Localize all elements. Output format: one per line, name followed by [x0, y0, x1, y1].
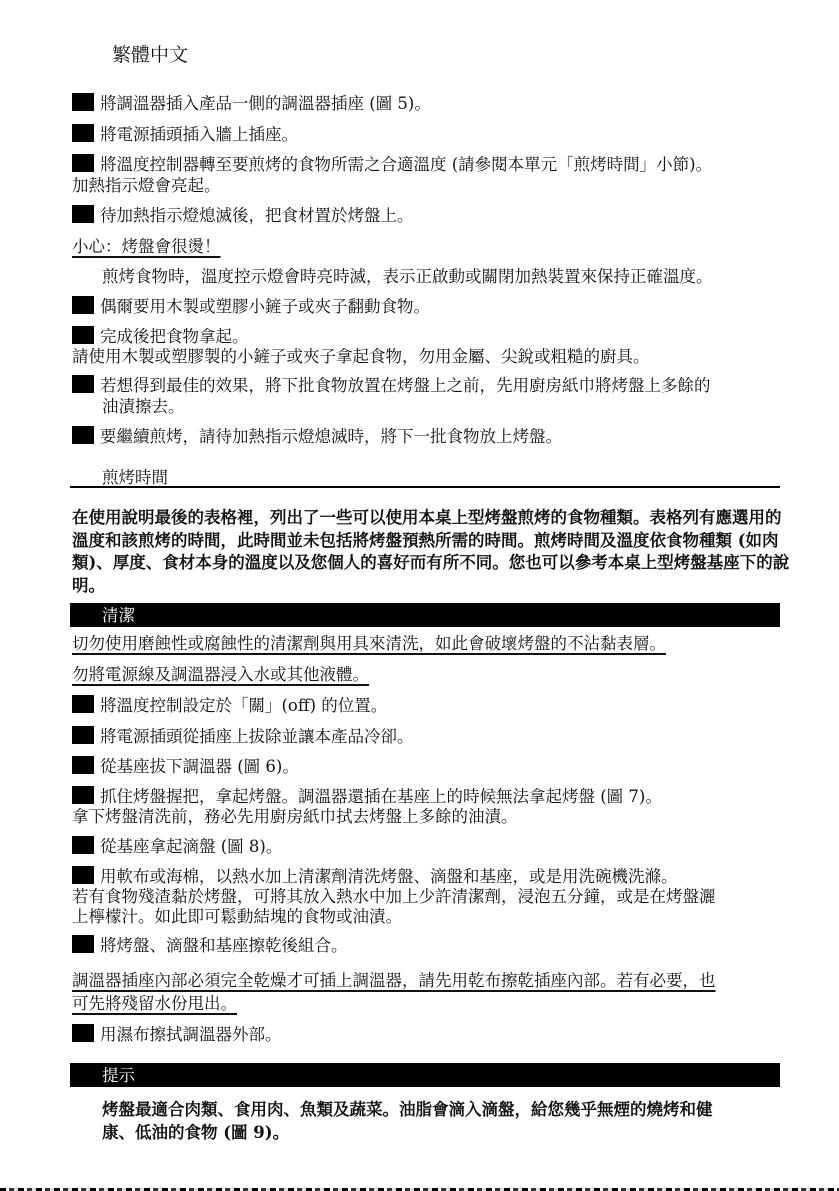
cleaning-step: 從基座拔下調溫器 (圖 6)。 [72, 756, 299, 778]
grilling-times-paragraph: 在使用說明最後的表格裡，列出了一些可以使用本桌上型烤盤煎烤的食物種類。表格列有應… [72, 507, 792, 597]
step-item: 要繼續煎烤，請待加熱指示燈熄滅時，將下一批食物放上烤盤。 [72, 426, 562, 448]
cleaning-step: 從基座拿起滴盤 (圖 8)。 [72, 836, 282, 858]
square-bullet-icon [72, 935, 94, 953]
step-continuation: 加熱指示燈會亮起。 [72, 175, 221, 197]
square-bullet-icon [72, 205, 94, 223]
tips-section-bar: 提示 [70, 1063, 780, 1087]
step-item: 待加熱指示燈熄滅後，把食材置於烤盤上。 [72, 205, 414, 227]
socket-warning: 可先將殘留水份甩出。 [72, 993, 237, 1015]
tips-heading: 提示 [102, 1066, 135, 1085]
section-divider [70, 486, 780, 488]
grilling-times-heading: 煎烤時間 [102, 464, 168, 488]
step-text: 將電源插頭從插座上拔除並讓本產品冷卻。 [100, 727, 414, 746]
square-bullet-icon [72, 93, 94, 111]
step-text: 用濕布擦拭調溫器外部。 [100, 1025, 282, 1044]
square-bullet-icon [72, 695, 94, 713]
step-text: 要繼續煎烤，請待加熱指示燈熄滅時，將下一批食物放上烤盤。 [100, 427, 562, 446]
step-continuation: 拿下烤盤清洗前，務必先用廚房紙巾拭去烤盤上多餘的油漬。 [72, 806, 518, 828]
square-bullet-icon [72, 326, 94, 344]
socket-warning: 調溫器插座內部必須完全乾燥才可插上調溫器，請先用乾布擦乾插座內部。若有必要，也 [72, 970, 716, 992]
indicator-note: 煎烤食物時，溫度控示燈會時亮時滅，表示正啟動或關閉加熱裝置來保持正確溫度。 [102, 266, 713, 288]
language-label: 繁體中文 [112, 40, 188, 67]
step-text: 用軟布或海棉，以熱水加上清潔劑清洗烤盤、滴盤和基座，或是用洗碗機洗滌。 [100, 867, 678, 886]
step-text: 從基座拿起滴盤 (圖 8)。 [100, 837, 282, 856]
square-bullet-icon [72, 786, 94, 804]
step-text: 從基座拔下調溫器 (圖 6)。 [100, 757, 299, 776]
tips-line: 康、低油的食物 (圖 9)。 [102, 1121, 792, 1145]
step-text: 將溫度控制器轉至要煎烤的食物所需之合適溫度 (請參閱本單元「煎烤時間」小節)。 [100, 155, 712, 174]
square-bullet-icon [72, 836, 94, 854]
cleaning-warning: 切勿使用磨蝕性或腐蝕性的清潔劑與用具來清洗，如此會破壞烤盤的不沾黏表層。 [72, 633, 666, 655]
cleaning-step: 將溫度控制設定於「關」(off) 的位置。 [72, 695, 387, 717]
cleaning-step: 將烤盤、滴盤和基座擦乾後組合。 [72, 935, 348, 957]
step-text: 偶爾要用木製或塑膠小鏟子或夾子翻動食物。 [100, 297, 430, 316]
cleaning-section-bar: 清潔 [70, 603, 780, 627]
cleaning-warning: 勿將電源線及調溫器浸入水或其他液體。 [72, 664, 369, 686]
step-item: 完成後把食物拿起。 [72, 326, 249, 348]
square-bullet-icon [72, 1024, 94, 1042]
manual-page: 繁體中文 將調溫器插入產品一側的調溫器插座 (圖 5)。 將電源插頭插入牆上插座… [0, 0, 839, 1191]
cleaning-step: 抓住烤盤握把，拿起烤盤。調溫器還插在基座上的時候無法拿起烤盤 (圖 7)。 [72, 786, 662, 808]
step-text: 將電源插頭插入牆上插座。 [100, 125, 298, 144]
square-bullet-icon [72, 375, 94, 393]
step-item: 將電源插頭插入牆上插座。 [72, 124, 298, 146]
square-bullet-icon [72, 756, 94, 774]
square-bullet-icon [72, 296, 94, 314]
cleaning-step: 將電源插頭從插座上拔除並讓本產品冷卻。 [72, 726, 414, 748]
square-bullet-icon [72, 726, 94, 744]
step-continuation: 上檸檬汁。如此即可鬆動結塊的食物或油漬。 [72, 906, 402, 928]
step-text: 若想得到最佳的效果，將下批食物放置在烤盤上之前，先用廚房紙巾將烤盤上多餘的 [100, 376, 711, 395]
step-text: 完成後把食物拿起。 [100, 327, 249, 346]
square-bullet-icon [72, 426, 94, 444]
step-item: 將溫度控制器轉至要煎烤的食物所需之合適溫度 (請參閱本單元「煎烤時間」小節)。 [72, 154, 712, 176]
step-text: 將烤盤、滴盤和基座擦乾後組合。 [100, 936, 348, 955]
square-bullet-icon [72, 124, 94, 142]
step-text: 待加熱指示燈熄滅後，把食材置於烤盤上。 [100, 206, 414, 225]
cleaning-heading: 清潔 [102, 606, 135, 625]
caution-hot: 小心：烤盤會很燙！ [72, 236, 221, 258]
step-continuation: 油漬擦去。 [102, 396, 185, 418]
step-text: 將調溫器插入產品一側的調溫器插座 (圖 5)。 [100, 94, 431, 113]
cleaning-step: 用濕布擦拭調溫器外部。 [72, 1024, 282, 1046]
step-text: 抓住烤盤握把，拿起烤盤。調溫器還插在基座上的時候無法拿起烤盤 (圖 7)。 [100, 787, 662, 806]
step-item: 若想得到最佳的效果，將下批食物放置在烤盤上之前，先用廚房紙巾將烤盤上多餘的 [72, 375, 711, 397]
step-item: 將調溫器插入產品一側的調溫器插座 (圖 5)。 [72, 93, 431, 115]
square-bullet-icon [72, 154, 94, 172]
tips-line: 烤盤最適合肉類、食用肉、魚類及蔬菜。油脂會滴入滴盤，給您幾乎無煙的燒烤和健 [102, 1098, 792, 1122]
step-continuation: 請使用木製或塑膠製的小鏟子或夾子拿起食物，勿用金屬、尖銳或粗糙的廚具。 [72, 346, 650, 368]
step-item: 偶爾要用木製或塑膠小鏟子或夾子翻動食物。 [72, 296, 430, 318]
square-bullet-icon [72, 866, 94, 884]
step-text: 將溫度控制設定於「關」(off) 的位置。 [100, 696, 387, 715]
cleaning-step: 用軟布或海棉，以熱水加上清潔劑清洗烤盤、滴盤和基座，或是用洗碗機洗滌。 [72, 866, 678, 888]
step-continuation: 若有食物殘渣黏於烤盤，可將其放入熱水中加上少許清潔劑，浸泡五分鐘，或是在烤盤灑 [72, 886, 716, 908]
